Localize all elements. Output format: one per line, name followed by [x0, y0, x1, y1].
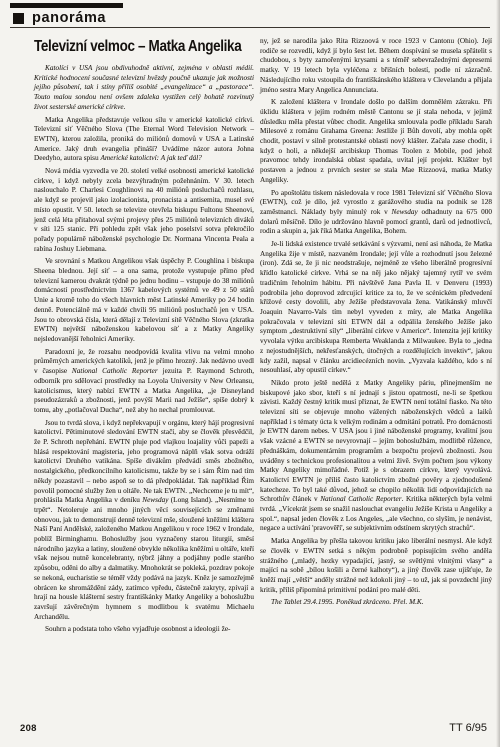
article-paragraph: Nová média vyzvedla ve 20. století velké…	[34, 167, 254, 254]
article-lead: Katolíci v USA jsou obdivuhodně aktivní,…	[34, 64, 254, 113]
header-top-bar	[10, 3, 123, 8]
article-paragraph: K založení kláštera v Irondale došlo po …	[260, 98, 492, 185]
section-header: panoráma	[13, 10, 106, 26]
right-column-paragraphs: ny, jež se narodila jako Rita Rizzoová v…	[260, 37, 492, 595]
article-paragraph: Jsou to tvrdá slova, i když nepřekvapují…	[34, 419, 254, 623]
page-number: 208	[20, 723, 37, 734]
page-footer: 208 TT 6/95	[20, 722, 487, 734]
article-body: Televizní velmoc – Matka Angelika Katolí…	[34, 37, 492, 638]
right-column: ny, jež se narodila jako Rita Rizzoová v…	[260, 37, 492, 638]
journal-issue-label: TT 6/95	[449, 722, 487, 734]
left-column-paragraphs: Matka Angelika představuje velkou sílu v…	[34, 116, 254, 636]
article-paragraph: Paradoxní je, že rozsahu neodpovídá kval…	[34, 348, 254, 416]
source-note: The Tablet 29.4.1995. Poněkud zkráceno. …	[260, 598, 492, 608]
article-paragraph: ny, jež se narodila jako Rita Rizzoová v…	[260, 37, 492, 95]
magazine-page: panoráma Televizní velmoc – Matka Angeli…	[0, 0, 500, 747]
article-paragraph: Souhrn a podstata toho všeho vyjadřuje o…	[34, 625, 254, 635]
article-paragraph: Ve srovnání s Matkou Angelikou však úspě…	[34, 257, 254, 344]
section-square-icon	[13, 13, 24, 24]
section-label: panoráma	[32, 10, 106, 26]
article-paragraph: Matka Angelika představuje velkou sílu v…	[34, 116, 254, 165]
article-paragraph: Po apoštolátu tiskem následovala v roce …	[260, 189, 492, 238]
article-paragraph: Matka Angelika by přešla takovou kritiku…	[260, 537, 492, 595]
left-column: Televizní velmoc – Matka Angelika Katolí…	[34, 37, 254, 638]
article-paragraph: Je-li lidská existence trvalé setkávání …	[260, 240, 492, 376]
header-rule	[10, 27, 490, 28]
article-paragraph: Nikdo proto ještě nedělá z Matky Angelik…	[260, 379, 492, 534]
article-title: Televizní velmoc – Matka Angelika	[34, 38, 225, 56]
